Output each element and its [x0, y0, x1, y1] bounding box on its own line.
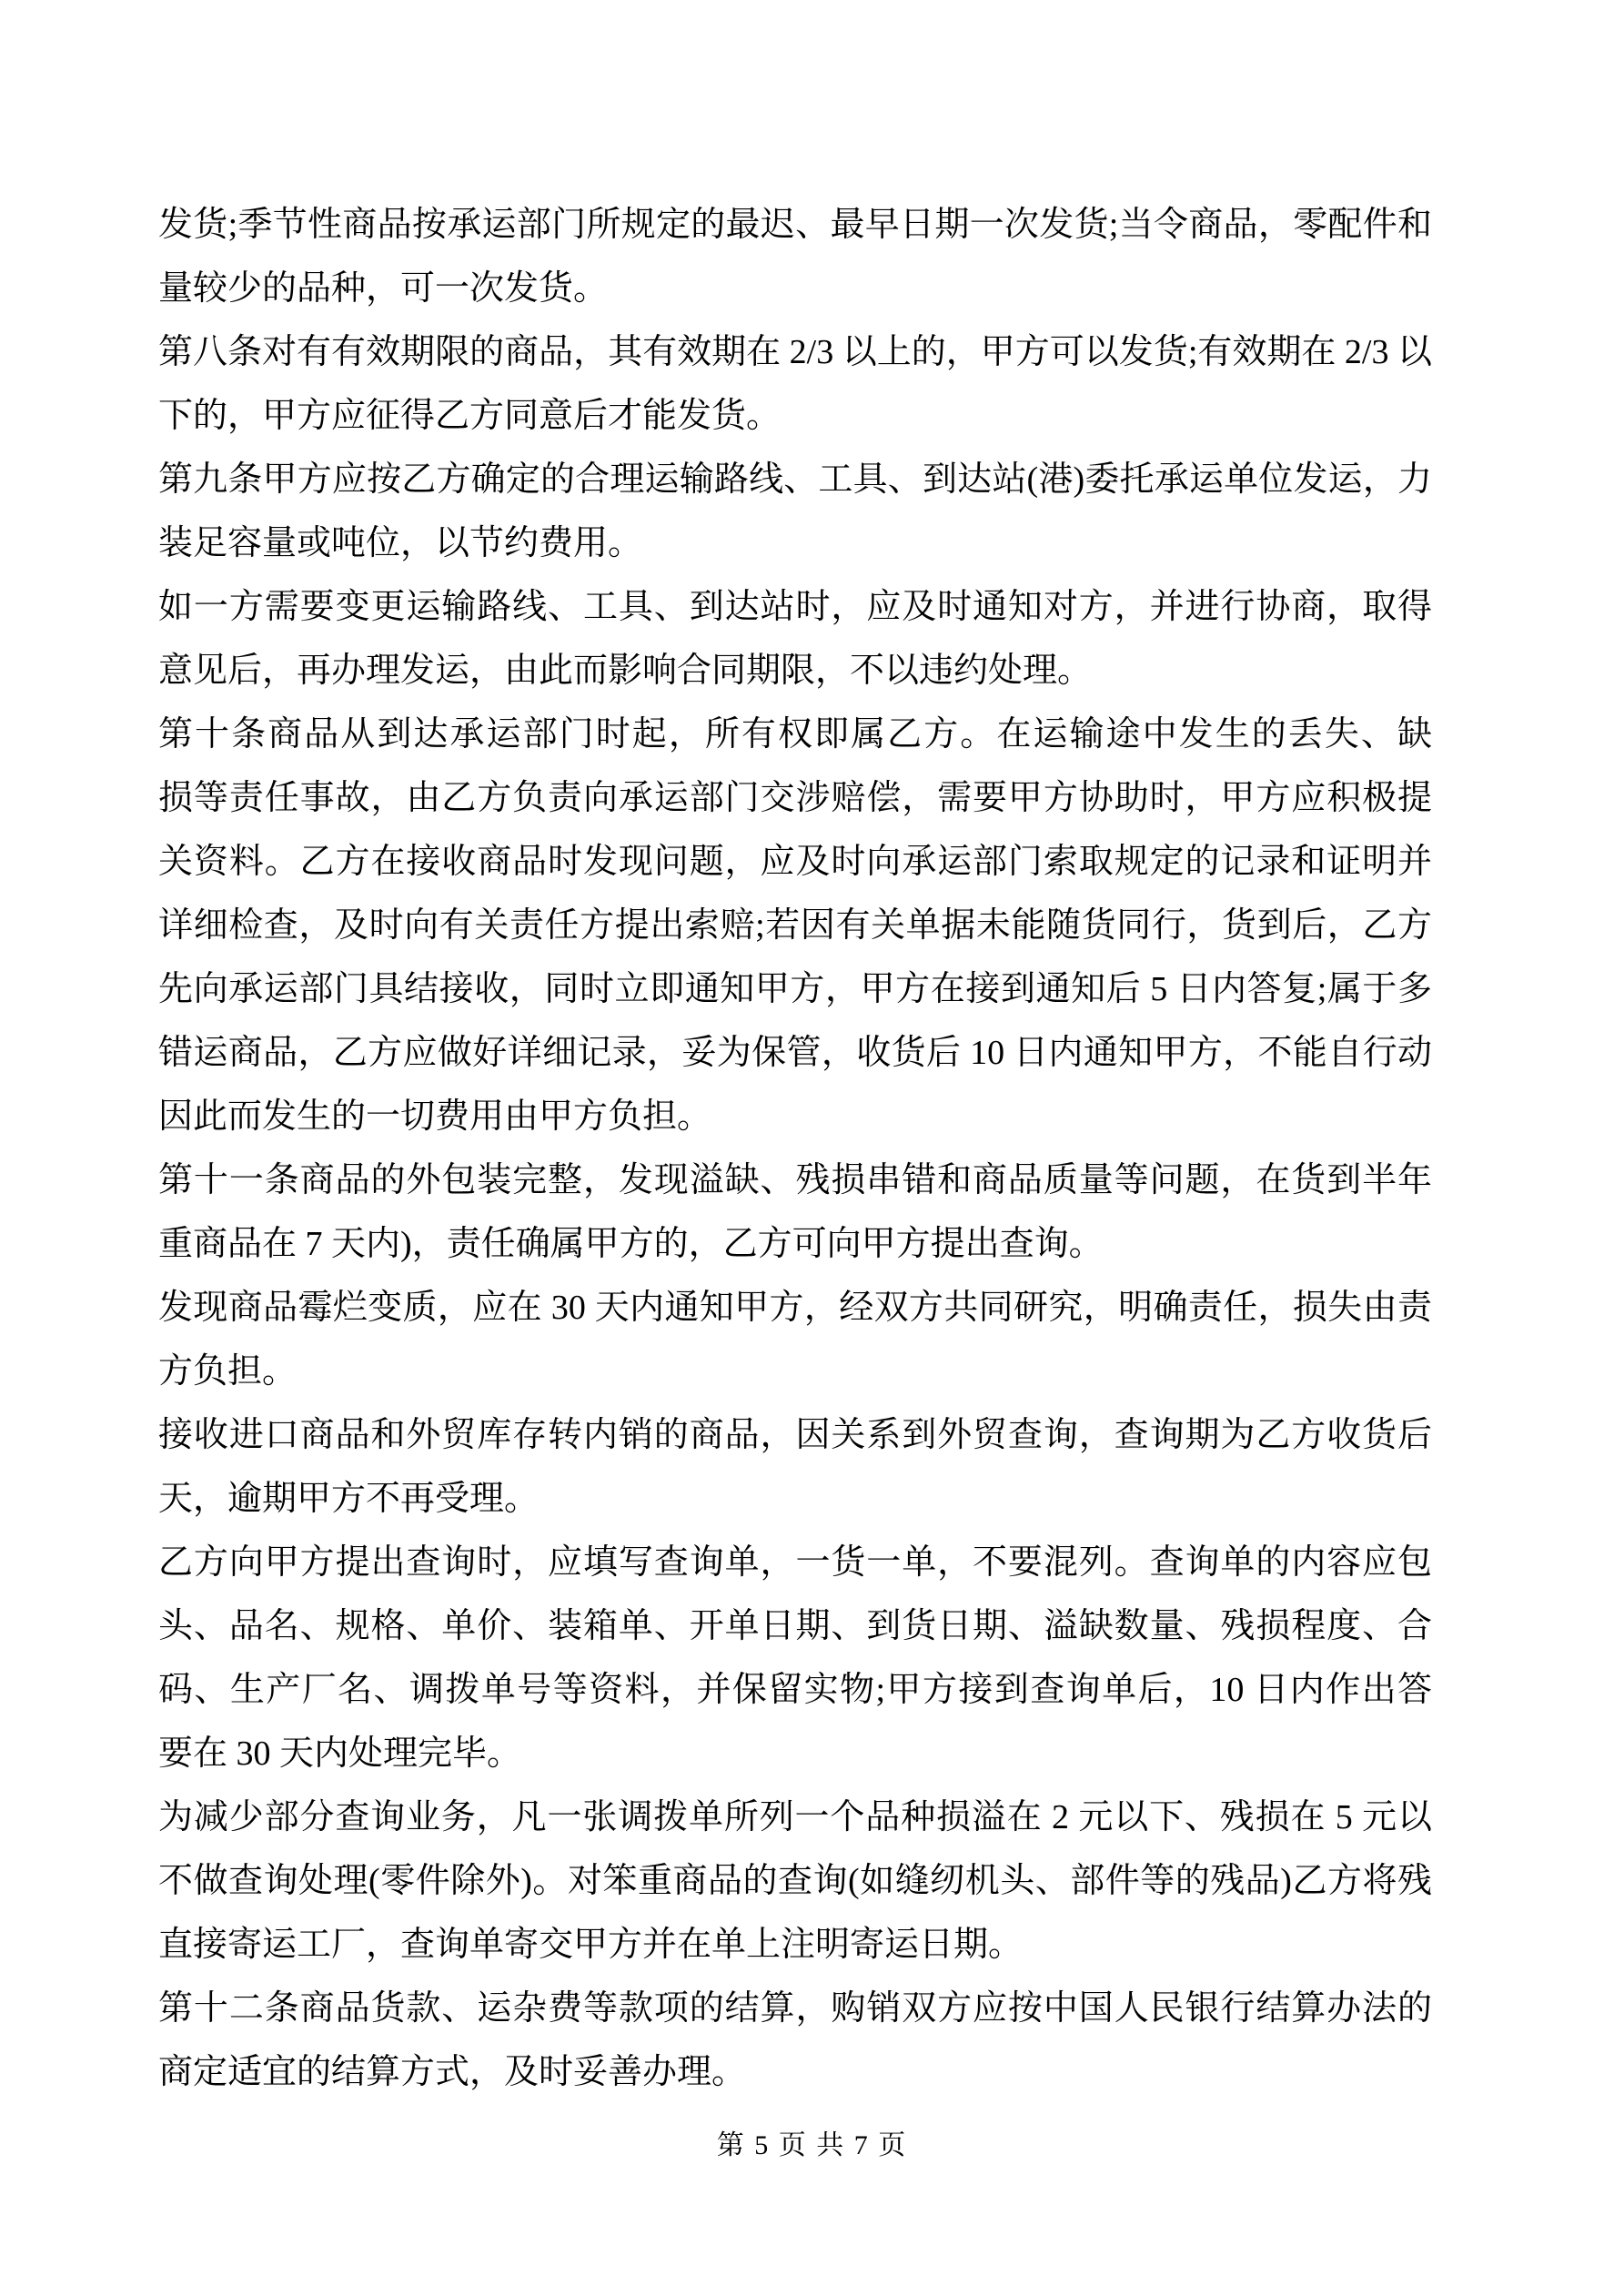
text-line: 头、品名、规格、单价、装箱单、开单日期、到货日期、溢缺数量、残损程度、合同号 — [158, 1594, 1432, 1658]
text-line: 发货;季节性商品按承运部门所规定的最迟、最早日期一次发货;当令商品，零配件和数 — [158, 193, 1432, 257]
page-number: 第 5 页 共 7 页 — [717, 2130, 908, 2160]
text-line: 发现商品霉烂变质，应在 30 天内通知甲方，经双方共同研究，明确责任，损失由责任 — [158, 1276, 1432, 1340]
text-line: 商定适宜的结算方式，及时妥善办理。 — [158, 2040, 1432, 2104]
page-footer: 第 5 页 共 7 页 — [0, 2122, 1624, 2162]
text-line: 接收进口商品和外贸库存转内销的商品，因关系到外贸查询，查询期为乙方收货后的 60 — [158, 1403, 1432, 1467]
text-line: 直接寄运工厂，查询单寄交甲方并在单上注明寄运日期。 — [158, 1913, 1432, 1977]
text-line: 错运商品，乙方应做好详细记录，妥为保管，收货后 10 日内通知甲方，不能自行动用… — [158, 1021, 1432, 1085]
text-line: 如一方需要变更运输路线、工具、到达站时，应及时通知对方，并进行协商，取得一致 — [158, 575, 1432, 639]
text-line: 重商品在 7 天内)，责任确属甲方的，乙方可向甲方提出查询。 — [158, 1212, 1432, 1276]
text-line: 第十一条商品的外包装完整，发现溢缺、残损串错和商品质量等问题，在货到半年内(贵 — [158, 1148, 1432, 1212]
contract-body-text: 发货;季节性商品按承运部门所规定的最迟、最早日期一次发货;当令商品，零配件和数量… — [158, 193, 1432, 2104]
text-line: 不做查询处理(零件除外)。对笨重商品的查询(如缝纫机头、部件等的残品)乙方将残品 — [158, 1849, 1432, 1913]
document-page: 发货;季节性商品按承运部门所规定的最迟、最早日期一次发货;当令商品，零配件和数量… — [0, 0, 1624, 2296]
text-line: 详细检查，及时向有关责任方提出索赔;若因有关单据未能随货同行，货到后，乙方可 — [158, 894, 1432, 957]
text-line: 方负担。 — [158, 1340, 1432, 1403]
text-line: 第十条商品从到达承运部门时起，所有权即属乙方。在运输途中发生的丢失、缺少、残 — [158, 703, 1432, 766]
text-line: 第十二条商品货款、运杂费等款项的结算，购销双方应按中国人民银行结算办法的规定， — [158, 1977, 1432, 2040]
text-line: 第九条甲方应按乙方确定的合理运输路线、工具、到达站(港)委托承运单位发运，力求 — [158, 448, 1432, 511]
text-line: 乙方向甲方提出查询时，应填写查询单，一货一单，不要混列。查询单的内容应包括唛 — [158, 1531, 1432, 1594]
text-line: 量较少的品种，可一次发货。 — [158, 257, 1432, 320]
text-line: 码、生产厂名、调拨单号等资料，并保留实物;甲方接到查询单后，10 日内作出答复， — [158, 1658, 1432, 1722]
text-line: 为减少部分查询业务，凡一张调拨单所列一个品种损溢在 2 元以下、残损在 5 元以… — [158, 1785, 1432, 1849]
text-line: 意见后，再办理发运，由此而影响合同期限，不以违约处理。 — [158, 639, 1432, 703]
text-line: 先向承运部门具结接收，同时立即通知甲方，甲方在接到通知后 5 日内答复;属于多发… — [158, 957, 1432, 1021]
text-line: 天，逾期甲方不再受理。 — [158, 1467, 1432, 1531]
text-line: 装足容量或吨位，以节约费用。 — [158, 511, 1432, 575]
text-line: 因此而发生的一切费用由甲方负担。 — [158, 1085, 1432, 1148]
text-line: 要在 30 天内处理完毕。 — [158, 1722, 1432, 1785]
text-line: 关资料。乙方在接收商品时发现问题，应及时向承运部门索取规定的记录和证明并立即 — [158, 830, 1432, 894]
text-line: 第八条对有有效期限的商品，其有效期在 2/3 以上的，甲方可以发货;有效期在 2… — [158, 320, 1432, 384]
text-line: 下的，甲方应征得乙方同意后才能发货。 — [158, 384, 1432, 448]
text-line: 损等责任事故，由乙方负责向承运部门交涉赔偿，需要甲方协助时，甲方应积极提供有 — [158, 766, 1432, 830]
